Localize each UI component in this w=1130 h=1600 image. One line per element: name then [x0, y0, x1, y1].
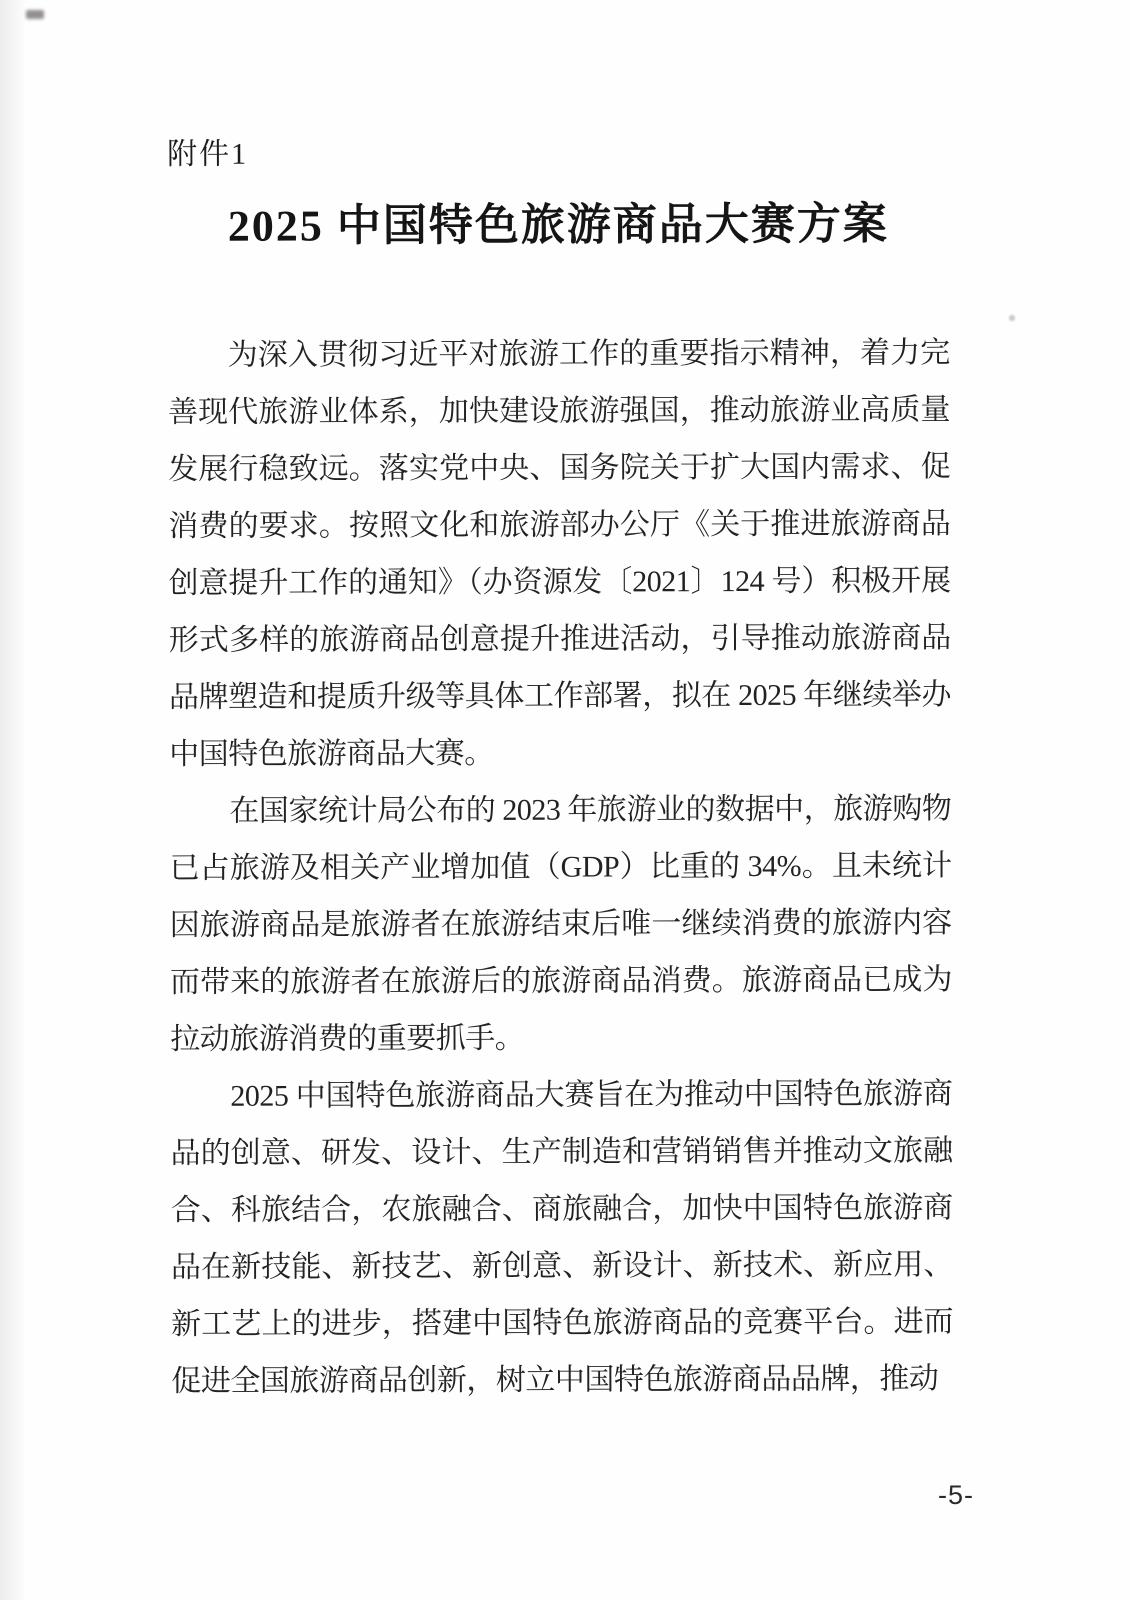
paragraph-1: 为深入贯彻习近平对旅游工作的重要指示精神，着力完善现代旅游业体系，加快建设旅游强… [168, 324, 952, 783]
document-title: 2025 中国特色旅游商品大赛方案 [167, 196, 949, 255]
paragraph-2: 在国家统计局公布的 2023 年旅游业的数据中，旅游购物已占旅游及相关产业增加值… [169, 780, 952, 1068]
scan-smudge-mark [26, 10, 44, 19]
document-page: 附件1 2025 中国特色旅游商品大赛方案 为深入贯彻习近平对旅游工作的重要指示… [0, 0, 1130, 1600]
document-content: 附件1 2025 中国特色旅游商品大赛方案 为深入贯彻习近平对旅游工作的重要指示… [167, 132, 953, 1410]
scan-dot-artifact [1009, 315, 1015, 321]
document-body: 为深入贯彻习近平对旅游工作的重要指示精神，着力完善现代旅游业体系，加快建设旅游强… [168, 324, 954, 1410]
page-number: -5- [938, 1480, 974, 1511]
attachment-label: 附件1 [167, 132, 949, 175]
paragraph-3: 2025 中国特色旅游商品大赛旨在为推动中国特色旅游商品的创意、研发、设计、生产… [170, 1065, 953, 1410]
scan-left-edge-shadow [0, 0, 26, 1600]
